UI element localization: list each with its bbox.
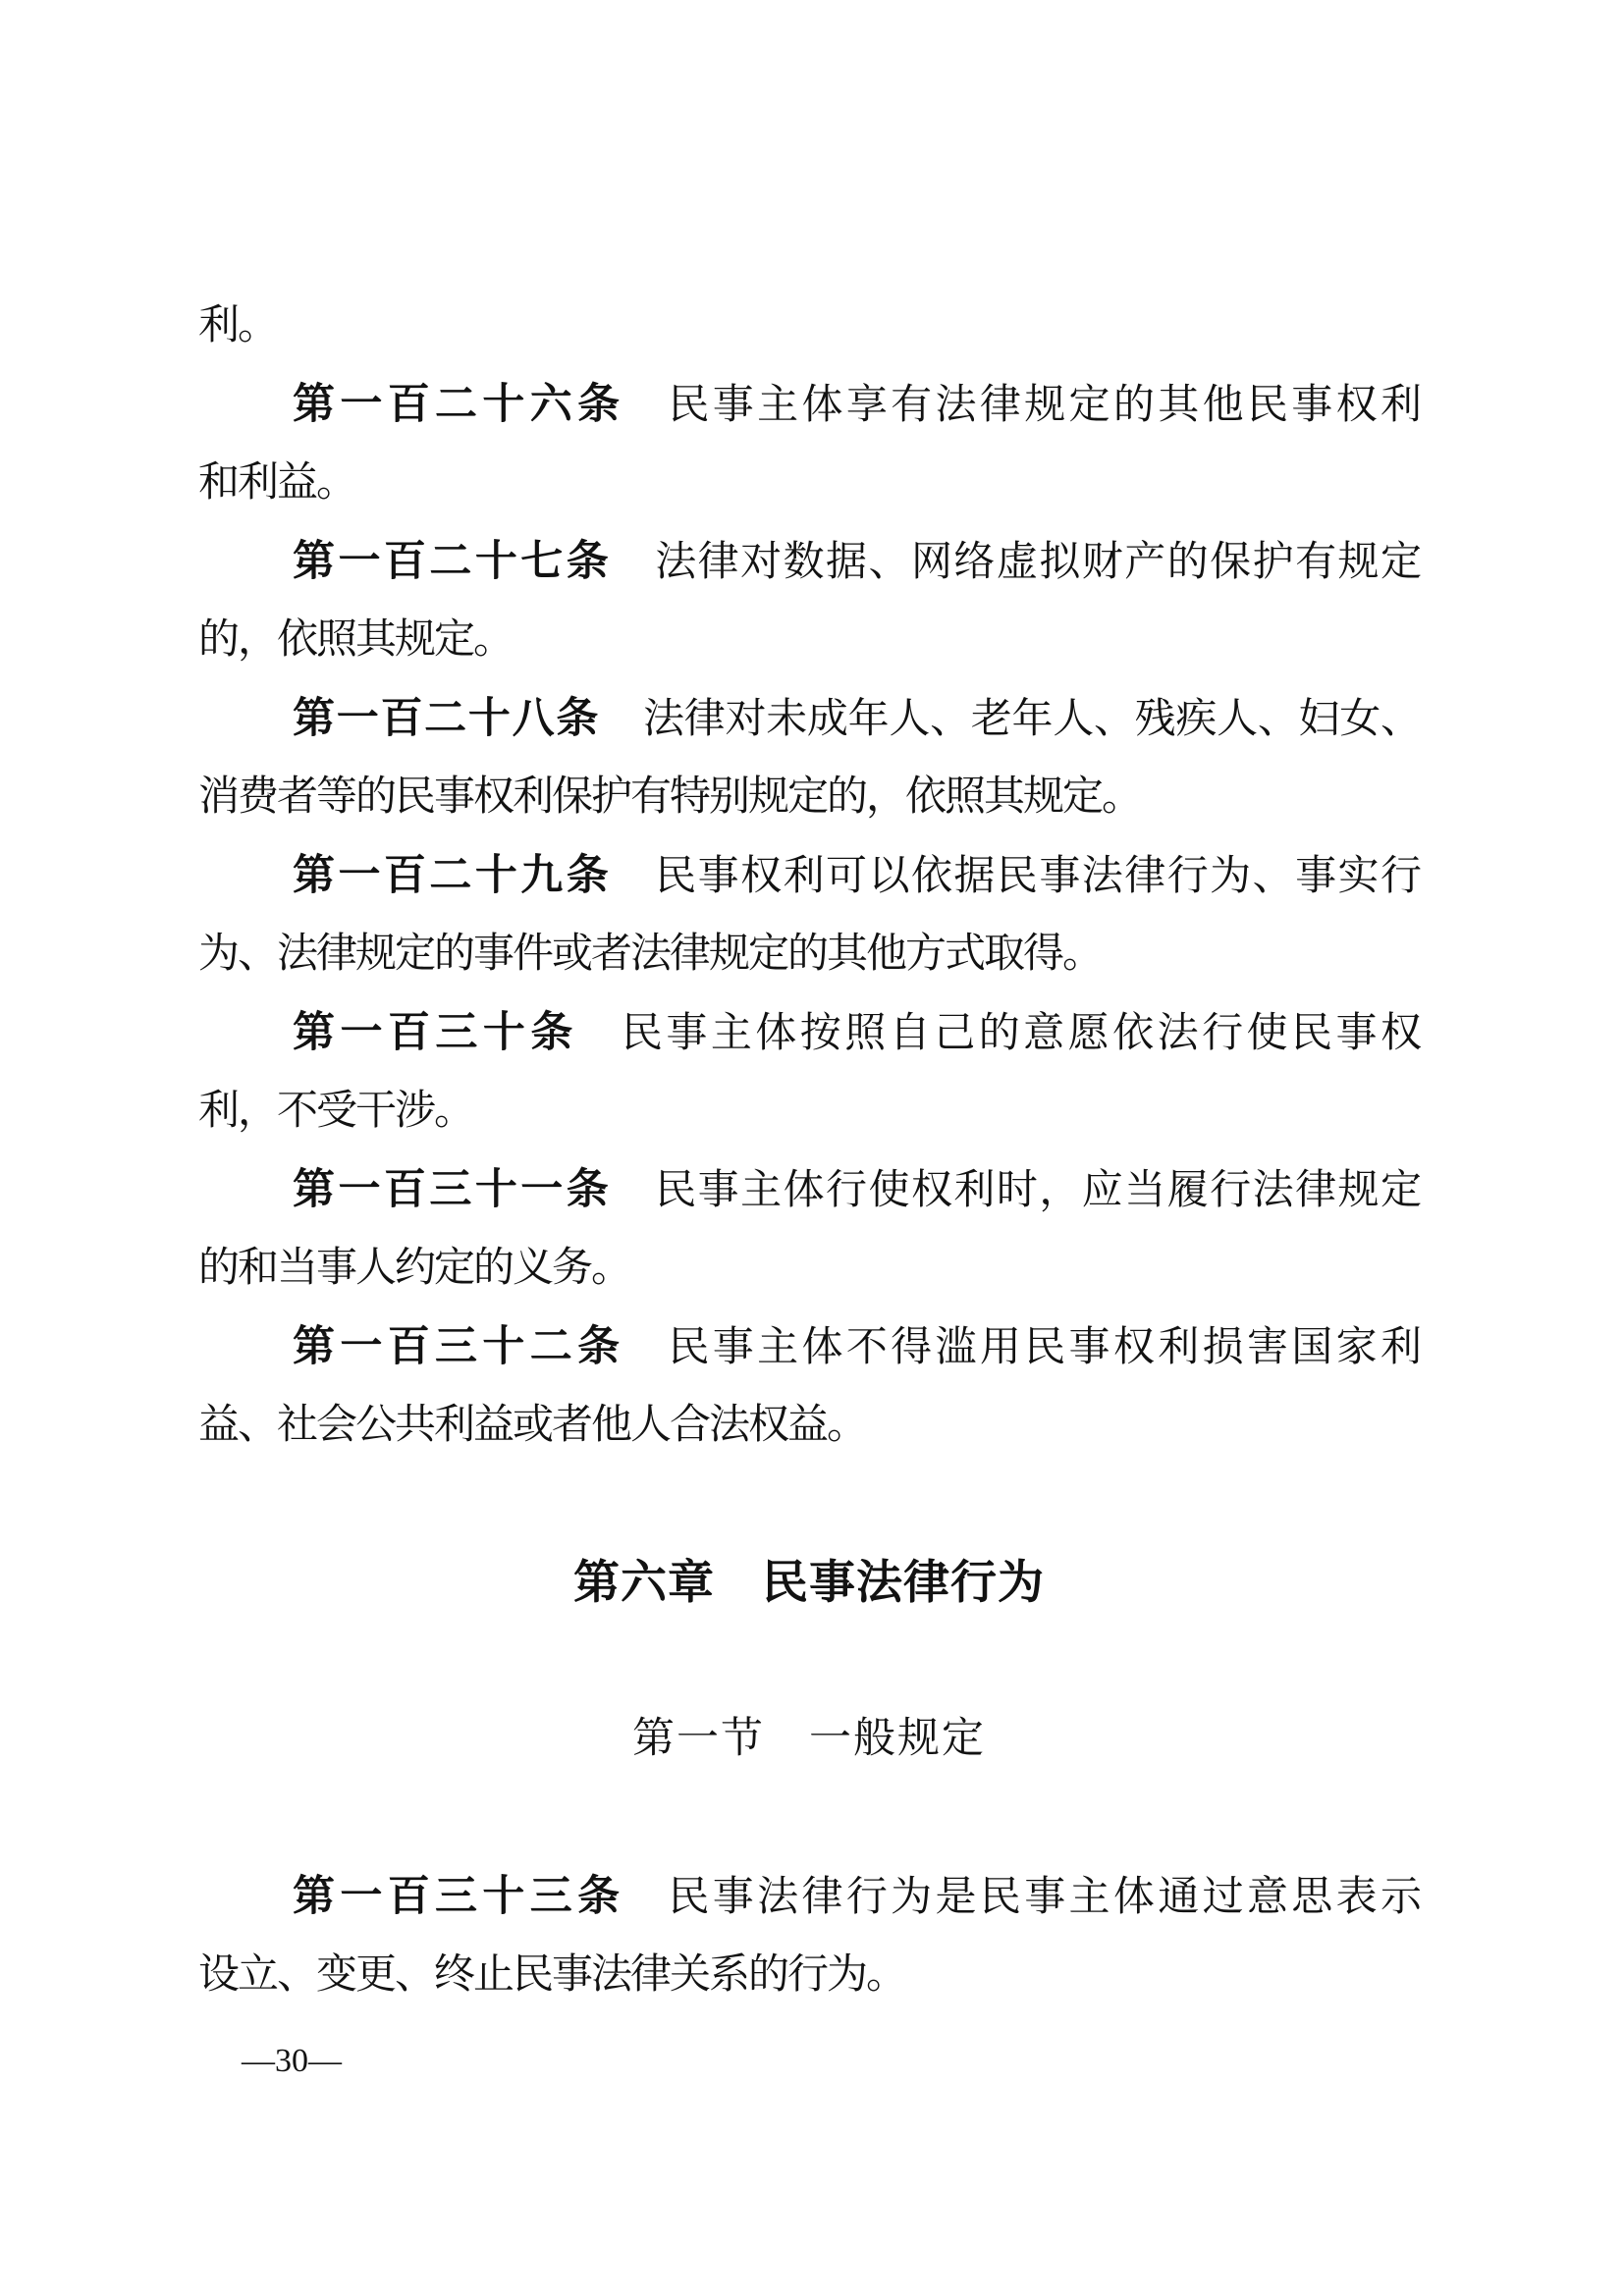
section-heading: 第一节 一般规定	[198, 1700, 1420, 1779]
article-text: 法律对数据、网络虚拟财产的保护有规定	[655, 540, 1420, 585]
article-line: 第一百二十七条法律对数据、网络虚拟财产的保护有规定	[198, 522, 1420, 601]
text-line: 消费者等的民事权利保护有特别规定的，依照其规定。	[198, 758, 1420, 836]
text-line: 和利益。	[198, 444, 1420, 522]
article-text: 民事权利可以依据民事法律行为、事实行	[655, 854, 1420, 899]
article-number-label: 第一百三十一条	[293, 1166, 612, 1213]
article-text: 民事主体按照自己的意愿依法行使民事权	[622, 1011, 1420, 1056]
article-text: 民事主体不得滥用民事权利损害国家利	[668, 1325, 1420, 1370]
article-number-label: 第一百三十三条	[293, 1873, 624, 1920]
article-number-label: 第一百二十七条	[293, 538, 612, 585]
article-number-label: 第一百二十九条	[293, 852, 612, 899]
article-line: 第一百二十六条民事主体享有法律规定的其他民事权利	[198, 365, 1420, 444]
document-body: 利。第一百二十六条民事主体享有法律规定的其他民事权利和利益。第一百二十七条法律对…	[198, 287, 1420, 2014]
article-line: 第一百二十九条民事权利可以依据民事法律行为、事实行	[198, 836, 1420, 915]
article-line: 第一百二十八条法律对未成年人、老年人、残疾人、妇女、	[198, 679, 1420, 758]
article-number-label: 第一百二十六条	[293, 381, 624, 428]
document-page: 利。第一百二十六条民事主体享有法律规定的其他民事权利和利益。第一百二十七条法律对…	[0, 0, 1624, 2296]
article-line: 第一百三十一条民事主体行使权利时，应当履行法律规定	[198, 1150, 1420, 1229]
page-number: —30—	[242, 2032, 342, 2091]
text-line: 利。	[198, 287, 1420, 365]
article-text: 民事主体享有法律规定的其他民事权利	[668, 383, 1420, 428]
text-line: 益、社会公共利益或者他人合法权益。	[198, 1386, 1420, 1465]
text-line: 的，依照其规定。	[198, 601, 1420, 679]
article-text: 民事主体行使权利时，应当履行法律规定	[655, 1168, 1420, 1213]
article-number-label: 第一百三十条	[293, 1009, 578, 1056]
text-line: 设立、变更、终止民事法律关系的行为。	[198, 1936, 1420, 2014]
article-line: 第一百三十二条民事主体不得滥用民事权利损害国家利	[198, 1308, 1420, 1386]
text-line: 的和当事人约定的义务。	[198, 1229, 1420, 1308]
text-line: 为、法律规定的事件或者法律规定的其他方式取得。	[198, 915, 1420, 993]
article-number-label: 第一百二十八条	[293, 695, 600, 742]
article-text: 法律对未成年人、老年人、残疾人、妇女、	[643, 697, 1420, 742]
chapter-heading: 第六章 民事法律行为	[198, 1543, 1420, 1622]
text-line: 利，不受干涉。	[198, 1072, 1420, 1150]
article-number-label: 第一百三十二条	[293, 1323, 624, 1370]
article-text: 民事法律行为是民事主体通过意思表示	[668, 1875, 1420, 1920]
article-line: 第一百三十条民事主体按照自己的意愿依法行使民事权	[198, 993, 1420, 1072]
article-line: 第一百三十三条民事法律行为是民事主体通过意思表示	[198, 1857, 1420, 1936]
